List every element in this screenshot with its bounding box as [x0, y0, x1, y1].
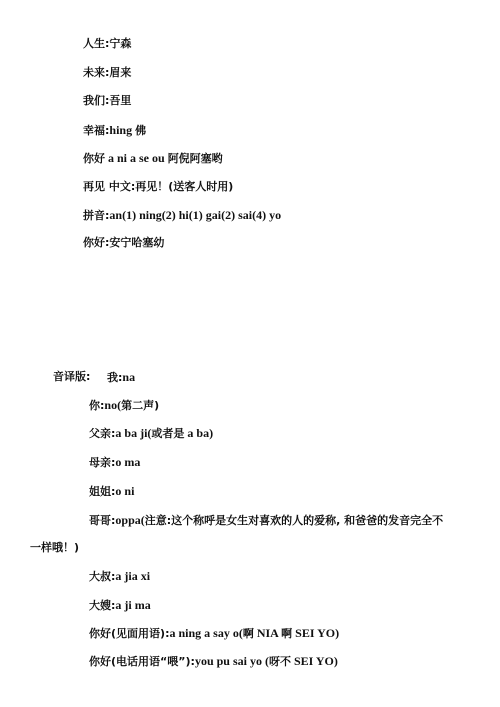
text-line: 大叔:a jia xi	[89, 569, 150, 584]
text-line: 你:no(第二声)	[89, 398, 159, 413]
text-line: 母亲:o ma	[89, 455, 140, 470]
text-line: 人生:宁森	[83, 37, 131, 51]
text-line: 你好:安宁哈塞幼	[83, 236, 164, 250]
text-line: 拼音:an(1) ning(2) hi(1) gai(2) sai(4) yo	[83, 208, 281, 223]
text-line: 一样哦！)	[30, 541, 79, 555]
text-line: 你好 a ni a se ou 阿倪阿塞哟	[83, 151, 223, 166]
text-line: 再见 中文:再见！(送客人时用)	[83, 180, 233, 194]
text-line: 你好(电话用语“喂”):you pu sai yo (呀不 SEI YO)	[89, 654, 338, 669]
text-line: 我们:吾里	[83, 94, 131, 108]
text-line: 大嫂:a ji ma	[89, 598, 151, 613]
text-line: 哥哥:oppa(注意:这个称呼是女生对喜欢的人的爱称, 和爸爸的发音完全不	[89, 513, 443, 528]
text-line: 未来:眉来	[83, 66, 131, 80]
section-heading: 音译版:	[53, 370, 90, 384]
text-line: 我:na	[107, 370, 135, 385]
text-line: 你好(见面用语):a ning a say o(啊 NIA 啊 SEI YO)	[89, 626, 339, 641]
text-line: 姐姐:o ni	[89, 484, 134, 499]
text-line: 父亲:a ba ji(或者是 a ba)	[89, 426, 213, 441]
text-line: 幸福:hing 佛	[83, 123, 146, 138]
